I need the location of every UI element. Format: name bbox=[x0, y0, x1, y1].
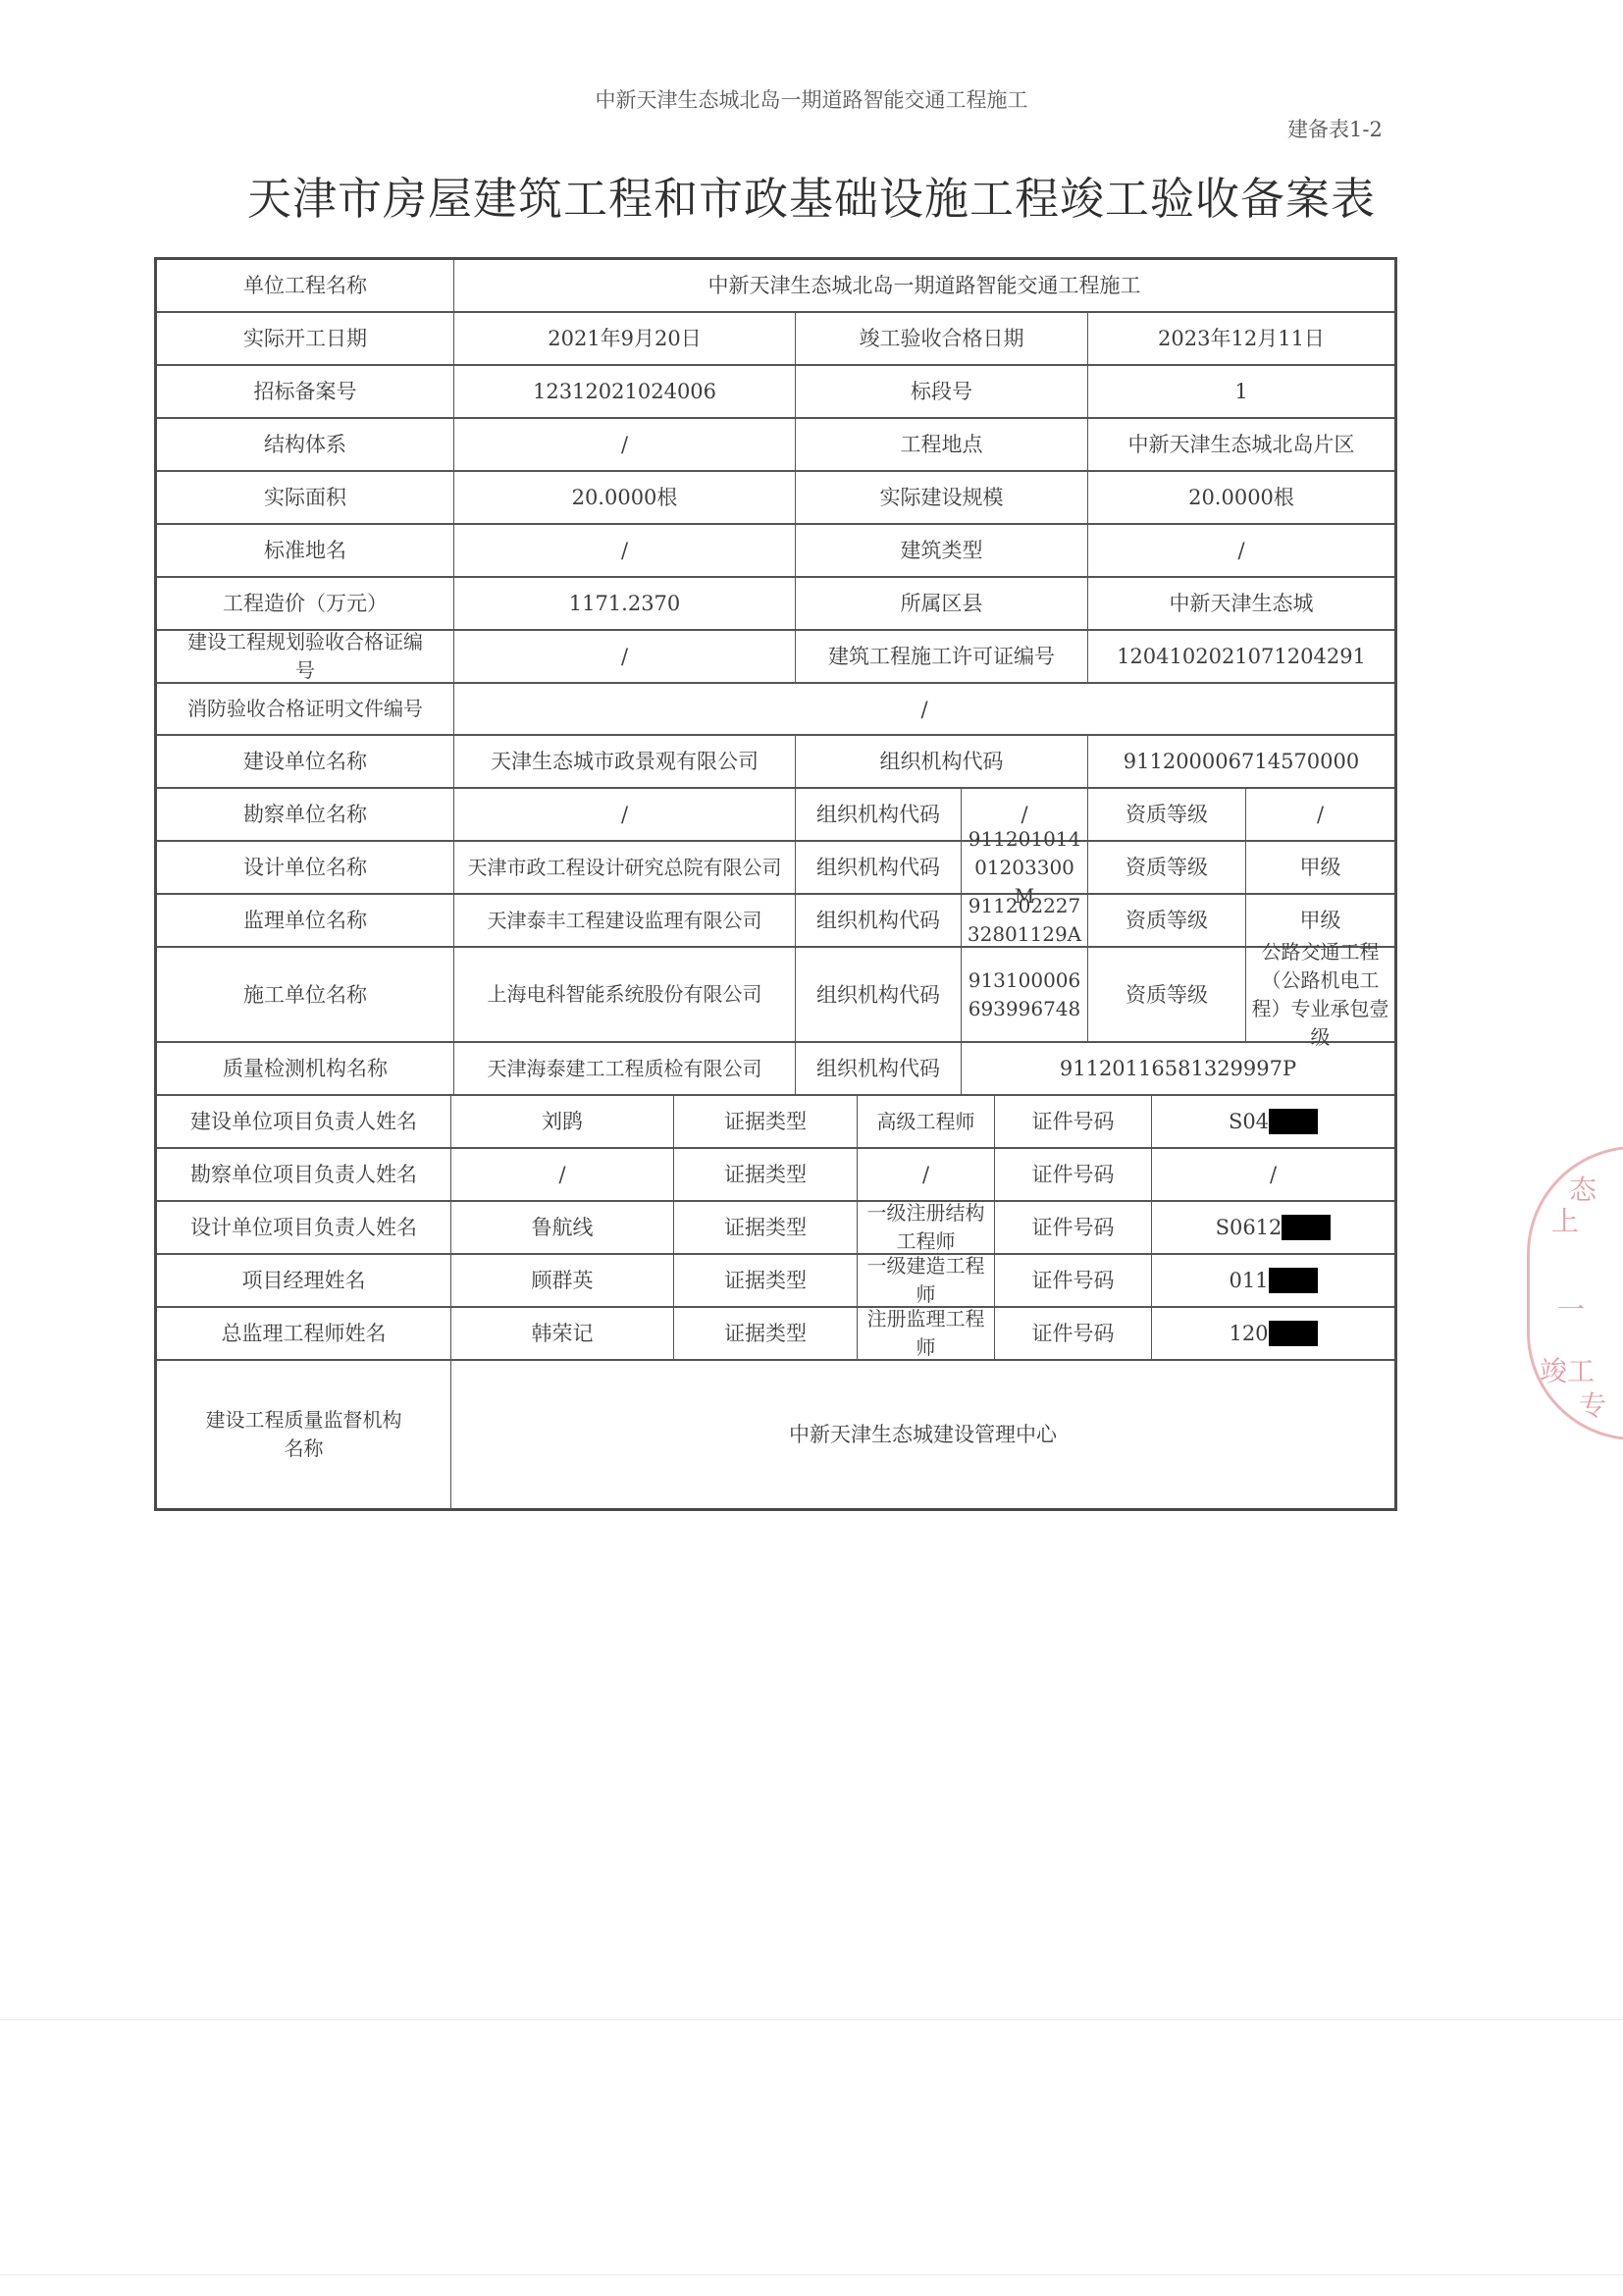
value-design-grade: 甲级 bbox=[1246, 842, 1394, 893]
page-title: 天津市房屋建筑工程和市政基础设施工程竣工验收备案表 bbox=[0, 163, 1623, 227]
label-survey: 勘察单位名称 bbox=[157, 789, 454, 840]
value-person-name: 鲁航线 bbox=[451, 1202, 674, 1253]
official-seal-stamp: 态 上 一 竣工 专 bbox=[1527, 1146, 1623, 1440]
table-row-supervision-agency: 建设工程质量监督机构名称 中新天津生态城建设管理中心 bbox=[157, 1361, 1394, 1508]
value-cert-no: 120 bbox=[1152, 1308, 1394, 1359]
value-construction-name: 上海电科智能系统股份有限公司 bbox=[454, 948, 796, 1041]
label-section-no: 标段号 bbox=[796, 366, 1088, 417]
value-survey-grade: / bbox=[1246, 789, 1394, 840]
cert-no-prefix: 120 bbox=[1229, 1319, 1268, 1348]
label-design-org-code: 组织机构代码 bbox=[796, 842, 962, 893]
label-fire-cert: 消防验收合格证明文件编号 bbox=[157, 684, 454, 734]
table-row-structure: 结构体系 / 工程地点 中新天津生态城北岛片区 bbox=[157, 419, 1394, 472]
label-cert-no: 证件号码 bbox=[995, 1308, 1152, 1359]
label-person: 项目经理姓名 bbox=[157, 1255, 451, 1306]
stamp-char: 竣工 bbox=[1540, 1350, 1595, 1389]
value-testing-name: 天津海泰建工工程质检有限公司 bbox=[454, 1043, 796, 1094]
table-row-person: 设计单位项目负责人姓名 鲁航线 证据类型 一级注册结构工程师 证件号码 S061… bbox=[157, 1202, 1394, 1255]
label-construction: 施工单位名称 bbox=[157, 948, 454, 1041]
document-subtitle: 中新天津生态城北岛一期道路智能交通工程施工 bbox=[0, 84, 1623, 114]
label-location: 工程地点 bbox=[796, 419, 1088, 470]
label-planning-cert: 建设工程规划验收合格证编号 bbox=[157, 631, 454, 682]
table-row-person: 建设单位项目负责人姓名 刘鹍 证据类型 高级工程师 证件号码 S04 bbox=[157, 1096, 1394, 1149]
value-person-name: 刘鹍 bbox=[451, 1096, 674, 1147]
value-unit-project-name: 中新天津生态城北岛一期道路智能交通工程施工 bbox=[454, 260, 1394, 311]
value-construction-org-code: 913100006693996748 bbox=[962, 948, 1088, 1041]
label-testing: 质量检测机构名称 bbox=[157, 1043, 454, 1094]
value-cert-type: 一级注册结构工程师 bbox=[858, 1202, 995, 1253]
label-district: 所属区县 bbox=[796, 578, 1088, 629]
label-person: 建设单位项目负责人姓名 bbox=[157, 1096, 451, 1147]
value-scale: 20.0000根 bbox=[1088, 472, 1394, 523]
table-row-tender: 招标备案号 12312021024006 标段号 1 bbox=[157, 366, 1394, 419]
table-row-fire-cert: 消防验收合格证明文件编号 / bbox=[157, 684, 1394, 736]
value-section-no: 1 bbox=[1088, 366, 1394, 417]
table-row-person: 项目经理姓名 顾群英 证据类型 一级建造工程师 证件号码 011 bbox=[157, 1255, 1394, 1308]
value-start-date: 2021年9月20日 bbox=[454, 313, 796, 364]
value-builder-org-code: 911200006714570000 bbox=[1088, 736, 1394, 787]
label-acceptance-date: 竣工验收合格日期 bbox=[796, 313, 1088, 364]
value-builder-name: 天津生态城市政景观有限公司 bbox=[454, 736, 796, 787]
value-supervision-name: 天津泰丰工程建设监理有限公司 bbox=[454, 895, 796, 946]
value-building-type: / bbox=[1088, 525, 1394, 576]
label-scale: 实际建设规模 bbox=[796, 472, 1088, 523]
value-survey-name: / bbox=[454, 789, 796, 840]
label-area: 实际面积 bbox=[157, 472, 454, 523]
label-unit-project-name: 单位工程名称 bbox=[157, 260, 454, 311]
label-testing-org-code: 组织机构代码 bbox=[796, 1043, 962, 1094]
label-permit: 建筑工程施工许可证编号 bbox=[796, 631, 1088, 682]
value-planning-cert: / bbox=[454, 631, 796, 682]
label-cost: 工程造价（万元） bbox=[157, 578, 454, 629]
redaction-block bbox=[1269, 1268, 1318, 1293]
value-design-name: 天津市政工程设计研究总院有限公司 bbox=[454, 842, 796, 893]
table-row-construction: 施工单位名称 上海电科智能系统股份有限公司 组织机构代码 91310000669… bbox=[157, 948, 1394, 1043]
stamp-char: 上 bbox=[1551, 1200, 1579, 1239]
redaction-block bbox=[1269, 1321, 1318, 1346]
redaction-block bbox=[1269, 1109, 1318, 1134]
table-row-testing: 质量检测机构名称 天津海泰建工工程质检有限公司 组织机构代码 911201165… bbox=[157, 1043, 1394, 1096]
value-cert-type: 一级建造工程师 bbox=[858, 1255, 995, 1306]
value-location: 中新天津生态城北岛片区 bbox=[1088, 419, 1394, 470]
label-cert-type: 证据类型 bbox=[674, 1202, 858, 1253]
label-supervision: 监理单位名称 bbox=[157, 895, 454, 946]
value-acceptance-date: 2023年12月11日 bbox=[1088, 313, 1394, 364]
label-design-grade: 资质等级 bbox=[1088, 842, 1246, 893]
value-permit: 1204102021071204291 bbox=[1088, 631, 1394, 682]
value-cert-type: 高级工程师 bbox=[858, 1096, 995, 1147]
label-cert-type: 证据类型 bbox=[674, 1096, 858, 1147]
value-cert-no: S0612 bbox=[1152, 1202, 1394, 1253]
label-construction-org-code: 组织机构代码 bbox=[796, 948, 962, 1041]
scan-artifact-line bbox=[0, 2019, 1623, 2020]
value-person-name: / bbox=[451, 1149, 674, 1200]
table-row-supervision: 监理单位名称 天津泰丰工程建设监理有限公司 组织机构代码 91120222732… bbox=[157, 895, 1394, 948]
label-builder-org-code: 组织机构代码 bbox=[796, 736, 1088, 787]
table-row-person: 勘察单位项目负责人姓名 / 证据类型 / 证件号码 / bbox=[157, 1149, 1394, 1202]
label-supervision-grade: 资质等级 bbox=[1088, 895, 1246, 946]
cert-no-prefix: S0612 bbox=[1216, 1213, 1283, 1242]
label-cert-no: 证件号码 bbox=[995, 1255, 1152, 1306]
value-cert-no: / bbox=[1152, 1149, 1394, 1200]
value-place-name: / bbox=[454, 525, 796, 576]
table-row-cost: 工程造价（万元） 1171.2370 所属区县 中新天津生态城 bbox=[157, 578, 1394, 631]
value-cert-no: S04 bbox=[1152, 1096, 1394, 1147]
table-row-area: 实际面积 20.0000根 实际建设规模 20.0000根 bbox=[157, 472, 1394, 525]
label-tender-no: 招标备案号 bbox=[157, 366, 454, 417]
value-structure: / bbox=[454, 419, 796, 470]
label-builder: 建设单位名称 bbox=[157, 736, 454, 787]
value-supervision-org-code: 91120222732801129A bbox=[962, 895, 1088, 946]
table-row-builder: 建设单位名称 天津生态城市政景观有限公司 组织机构代码 911200006714… bbox=[157, 736, 1394, 789]
stamp-char: 专 bbox=[1579, 1384, 1606, 1424]
form-number: 建备表1-2 bbox=[1287, 114, 1383, 143]
table-row-place-name: 标准地名 / 建筑类型 / bbox=[157, 525, 1394, 578]
table-row-person: 总监理工程师姓名 韩荣记 证据类型 注册监理工程师 证件号码 120 bbox=[157, 1308, 1394, 1361]
value-person-name: 顾群英 bbox=[451, 1255, 674, 1306]
label-survey-org-code: 组织机构代码 bbox=[796, 789, 962, 840]
label-design: 设计单位名称 bbox=[157, 842, 454, 893]
value-cert-type: 注册监理工程师 bbox=[858, 1308, 995, 1359]
acceptance-record-table: 单位工程名称 中新天津生态城北岛一期道路智能交通工程施工 实际开工日期 2021… bbox=[154, 257, 1397, 1511]
table-row-dates: 实际开工日期 2021年9月20日 竣工验收合格日期 2023年12月11日 bbox=[157, 313, 1394, 366]
label-cert-no: 证件号码 bbox=[995, 1096, 1152, 1147]
value-tender-no: 12312021024006 bbox=[454, 366, 796, 417]
label-supervision-org-code: 组织机构代码 bbox=[796, 895, 962, 946]
table-row-design: 设计单位名称 天津市政工程设计研究总院有限公司 组织机构代码 911201014… bbox=[157, 842, 1394, 895]
label-building-type: 建筑类型 bbox=[796, 525, 1088, 576]
label-cert-type: 证据类型 bbox=[674, 1308, 858, 1359]
value-cert-type: / bbox=[858, 1149, 995, 1200]
value-cert-no: 011 bbox=[1152, 1255, 1394, 1306]
value-fire-cert: / bbox=[454, 684, 1394, 734]
label-place-name: 标准地名 bbox=[157, 525, 454, 576]
value-person-name: 韩荣记 bbox=[451, 1308, 674, 1359]
scan-artifact-line bbox=[0, 2274, 1623, 2275]
label-survey-grade: 资质等级 bbox=[1088, 789, 1246, 840]
table-row-permits: 建设工程规划验收合格证编号 / 建筑工程施工许可证编号 120410202107… bbox=[157, 631, 1394, 684]
label-person: 设计单位项目负责人姓名 bbox=[157, 1202, 451, 1253]
cert-no-prefix: 011 bbox=[1229, 1266, 1268, 1295]
label-start-date: 实际开工日期 bbox=[157, 313, 454, 364]
table-row-unit-project: 单位工程名称 中新天津生态城北岛一期道路智能交通工程施工 bbox=[157, 260, 1394, 313]
label-cert-no: 证件号码 bbox=[995, 1202, 1152, 1253]
label-construction-grade: 资质等级 bbox=[1088, 948, 1246, 1041]
label-person: 勘察单位项目负责人姓名 bbox=[157, 1149, 451, 1200]
label-cert-no: 证件号码 bbox=[995, 1149, 1152, 1200]
label-person: 总监理工程师姓名 bbox=[157, 1308, 451, 1359]
value-area: 20.0000根 bbox=[454, 472, 796, 523]
value-testing-org-code: 91120116581329997P bbox=[962, 1043, 1394, 1094]
value-district: 中新天津生态城 bbox=[1088, 578, 1394, 629]
label-cert-type: 证据类型 bbox=[674, 1255, 858, 1306]
label-structure: 结构体系 bbox=[157, 419, 454, 470]
value-construction-grade: 公路交通工程（公路机电工程）专业承包壹级 bbox=[1246, 948, 1394, 1041]
label-cert-type: 证据类型 bbox=[674, 1149, 858, 1200]
value-supervision-agency: 中新天津生态城建设管理中心 bbox=[451, 1361, 1394, 1508]
stamp-char: 一 bbox=[1557, 1288, 1585, 1328]
redaction-block bbox=[1282, 1215, 1331, 1240]
cert-no-prefix: S04 bbox=[1229, 1107, 1269, 1136]
value-cost: 1171.2370 bbox=[454, 578, 796, 629]
value-design-org-code: 91120101401203300M bbox=[962, 842, 1088, 893]
table-row-survey: 勘察单位名称 / 组织机构代码 / 资质等级 / bbox=[157, 789, 1394, 842]
label-supervision-agency: 建设工程质量监督机构名称 bbox=[157, 1361, 451, 1508]
